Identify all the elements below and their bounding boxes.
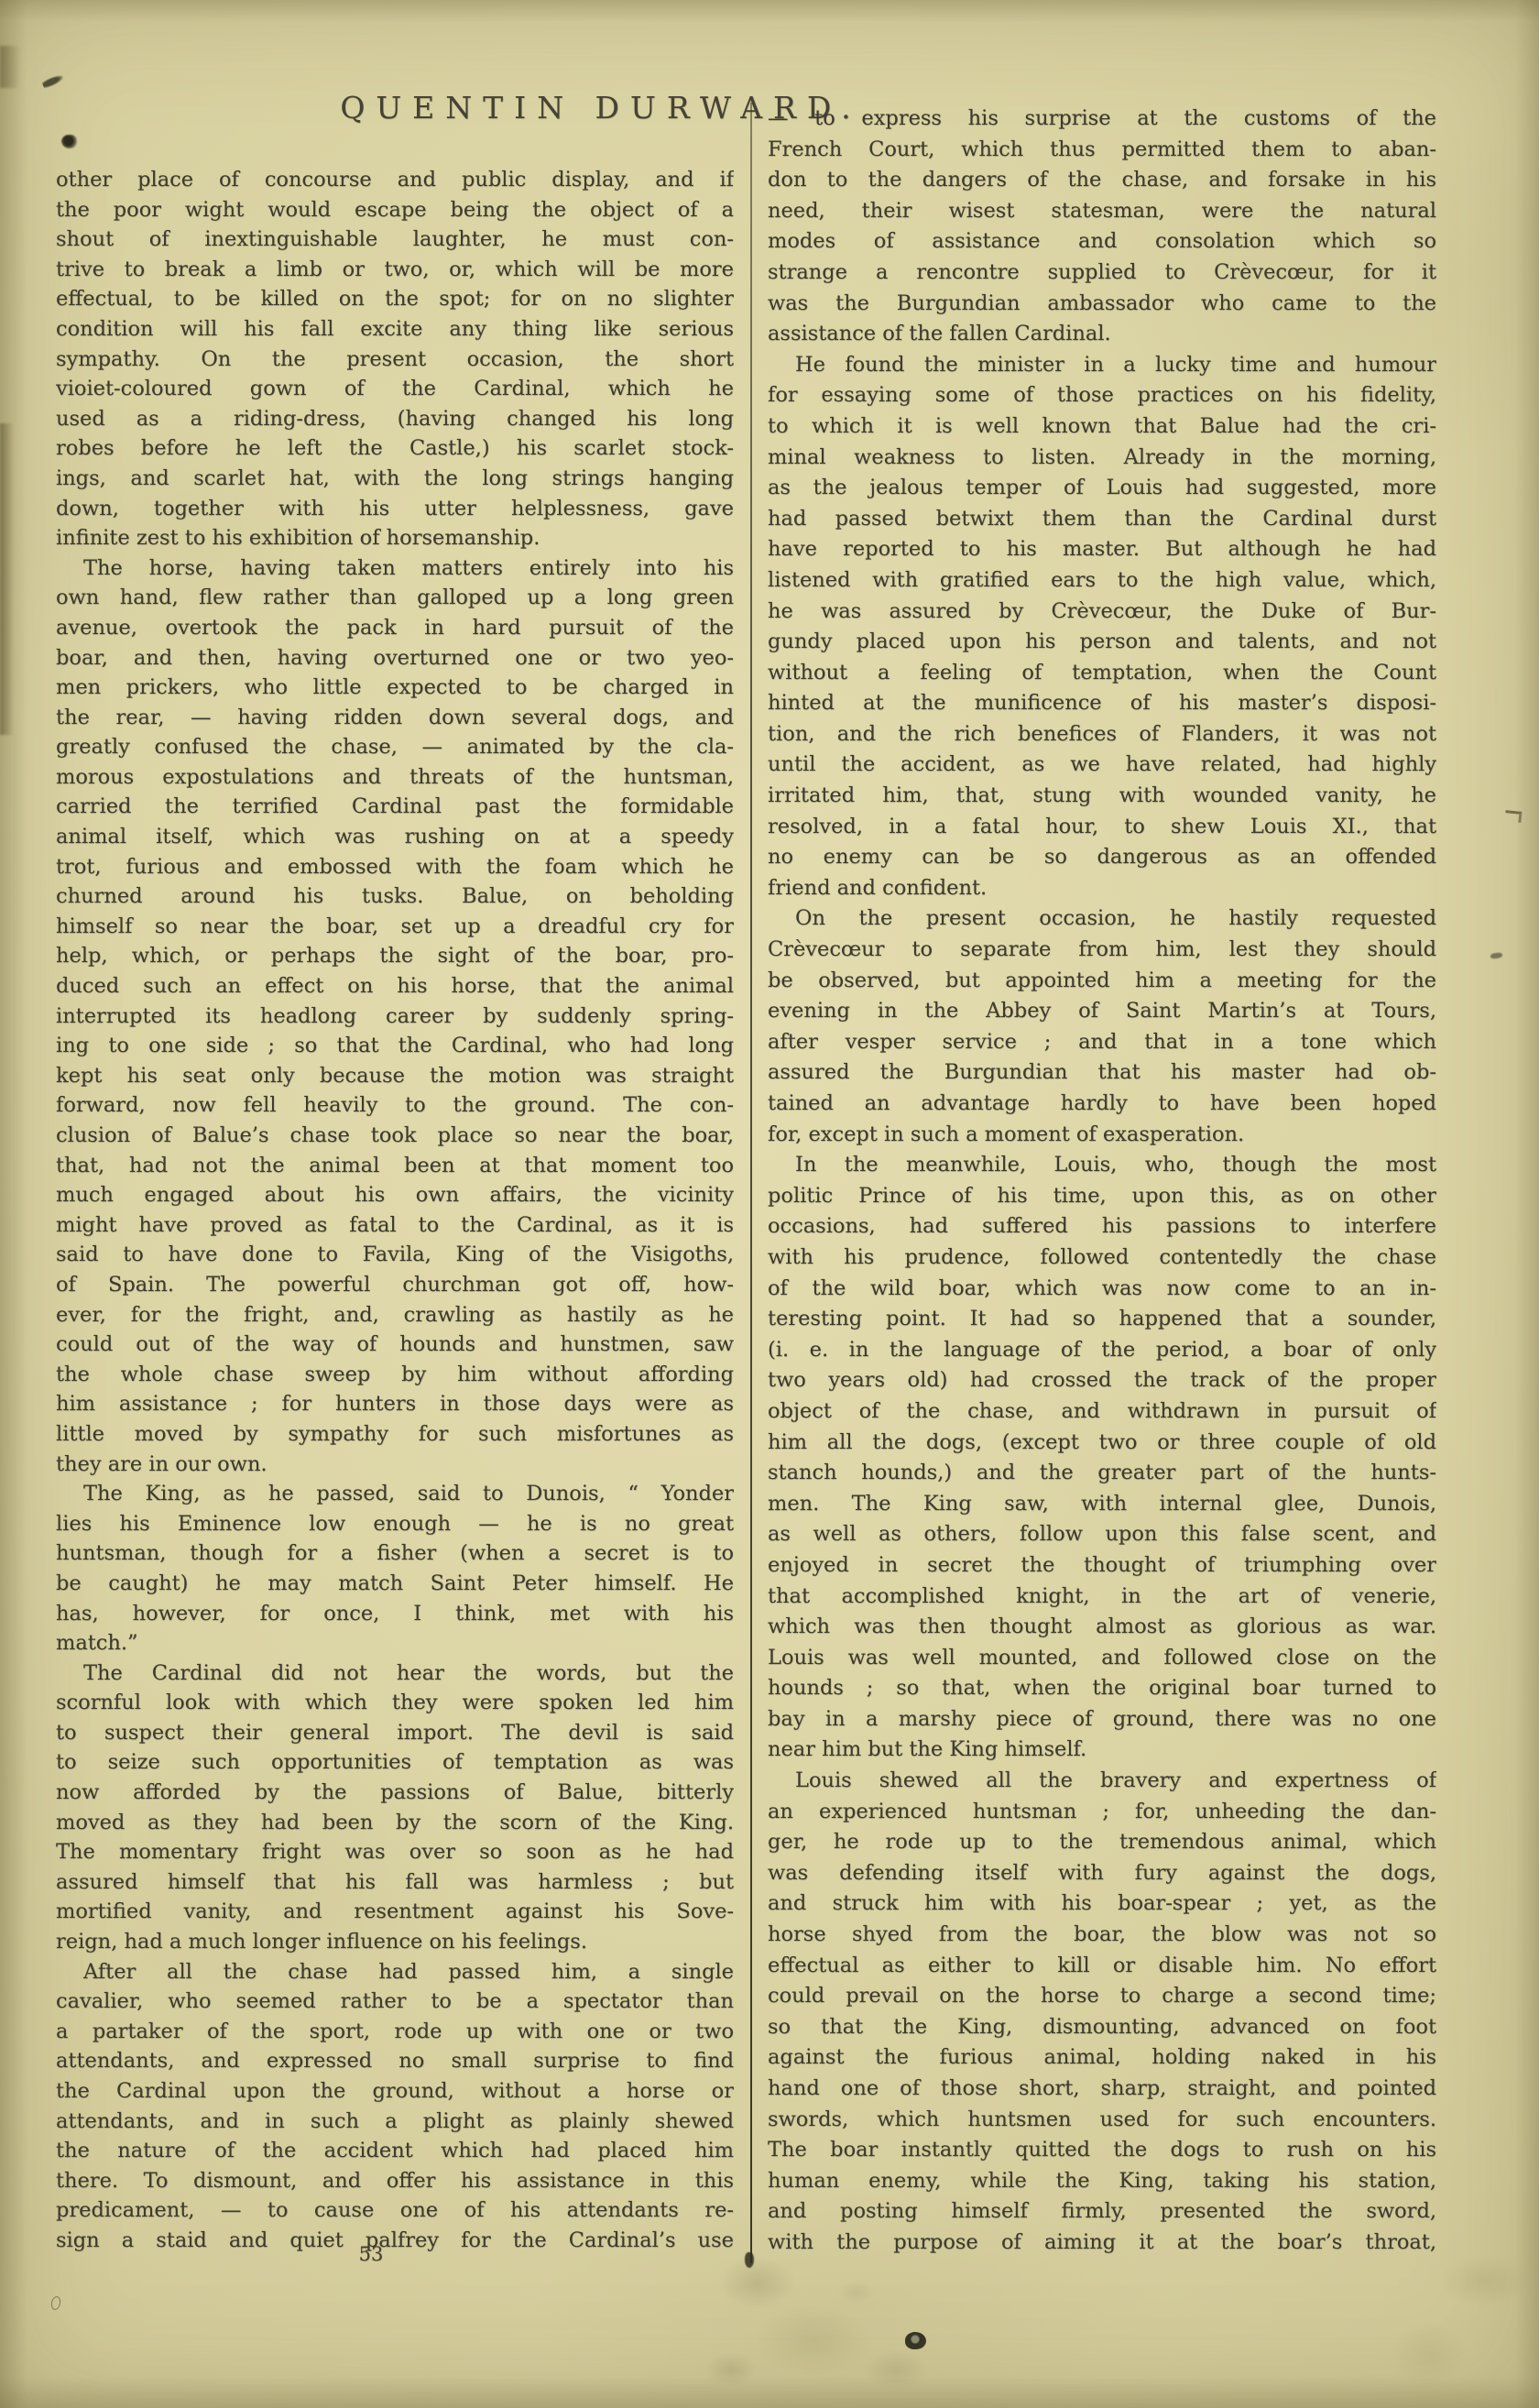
text-line: lies his Eminence low enough — he is no … xyxy=(56,1509,734,1539)
text-line: moved as they had been by the scorn of t… xyxy=(56,1808,734,1838)
text-line: vioiet-coloured gown of the Cardinal, wh… xyxy=(56,374,734,404)
tiny-mark-artifact xyxy=(50,2295,62,2311)
text-line: him all the dogs, (except two or three c… xyxy=(768,1428,1436,1459)
text-line: (i. e. in the language of the period, a … xyxy=(768,1335,1436,1366)
text-line: Louis was well mounted, and followed clo… xyxy=(768,1643,1436,1674)
text-line: near him but the King himself. xyxy=(768,1735,1436,1766)
column-divider-rule xyxy=(750,103,752,2263)
text-line: against the furious animal, holding nake… xyxy=(768,2042,1436,2074)
text-line: as the jealous temper of Louis had sugge… xyxy=(768,473,1436,504)
text-line: to which it is well known that Balue had… xyxy=(768,411,1436,443)
text-line: own hand, flew rather than galloped up a… xyxy=(56,583,734,613)
text-line: little moved by sympathy for such misfor… xyxy=(56,1419,734,1450)
text-line: French Court, which thus permitted them … xyxy=(768,135,1436,166)
text-line: ger, he rode up to the tremendous animal… xyxy=(768,1827,1436,1858)
text-line: Louis shewed all the bravery and expertn… xyxy=(768,1766,1436,1797)
text-line: much engaged about his own affairs, the … xyxy=(56,1180,734,1210)
text-line: assured himself that his fall was harmle… xyxy=(56,1867,734,1898)
text-line: horse shyed from the boar, the blow was … xyxy=(768,1920,1436,1951)
text-line: down, together with his utter helplessne… xyxy=(56,494,734,524)
text-line: have reported to his master. But althoug… xyxy=(768,534,1436,565)
text-line: mortified vanity, and resentment against… xyxy=(56,1897,734,1927)
left-edge-shadow xyxy=(0,423,14,735)
text-line: and struck him with his boar-spear ; yet… xyxy=(768,1888,1436,1920)
text-line: said to have done to Favila, King of the… xyxy=(56,1240,734,1270)
text-line: tion, and the rich benefices of Flanders… xyxy=(768,719,1436,750)
text-line: The boar instantly quitted the dogs to r… xyxy=(768,2135,1436,2166)
text-line: now afforded by the passions of Balue, b… xyxy=(56,1778,734,1808)
text-line: ing to one side ; so that the Cardinal, … xyxy=(56,1031,734,1061)
text-line: swords, which huntsmen used for such enc… xyxy=(768,2105,1436,2136)
text-line: condition will his fall excite any thing… xyxy=(56,314,734,345)
text-line: to suspect their general import. The dev… xyxy=(56,1718,734,1748)
corner-shadow xyxy=(0,46,20,88)
text-line: sympathy. On the present occasion, the s… xyxy=(56,345,734,375)
text-line: He found the minister in a lucky time an… xyxy=(768,350,1436,381)
text-line: ever, for the fright, and, crawling as h… xyxy=(56,1300,734,1330)
text-line: could prevail on the horse to charge a s… xyxy=(768,1981,1436,2012)
text-line: hounds ; so that, when the original boar… xyxy=(768,1673,1436,1704)
text-line: without a feeling of temptation, when th… xyxy=(768,658,1436,689)
text-line: irritated him, that, stung with wounded … xyxy=(768,781,1436,812)
text-line: human enemy, while the King, taking his … xyxy=(768,2166,1436,2197)
text-line: effectual, to be killed on the spot; for… xyxy=(56,284,734,314)
text-line: had passed betwixt them than the Cardina… xyxy=(768,504,1436,535)
text-line: The Cardinal did not hear the words, but… xyxy=(56,1658,734,1689)
text-line: has, however, for once, I think, met wit… xyxy=(56,1599,734,1629)
text-line: shout of inextinguishable laughter, he m… xyxy=(56,224,734,255)
text-line: match.” xyxy=(56,1628,734,1658)
text-line: stanch hounds,) and the greater part of … xyxy=(768,1458,1436,1489)
text-line: be observed, but appointed him a meeting… xyxy=(768,966,1436,997)
text-line: reign, had a much longer influence on hi… xyxy=(56,1927,734,1957)
text-line: was the Burgundian ambassador who came t… xyxy=(768,289,1436,320)
text-line: so that the King, dismounting, advanced … xyxy=(768,2012,1436,2043)
text-line: of Spain. The powerful churchman got off… xyxy=(56,1270,734,1300)
text-line: don to the dangers of the chase, and for… xyxy=(768,165,1436,196)
text-line: attendants, and in such a plight as plai… xyxy=(56,2107,734,2137)
text-line: teresting point. It had so happened that… xyxy=(768,1304,1436,1335)
text-line: occasions, had suffered his passions to … xyxy=(768,1211,1436,1242)
text-line: assured the Burgundian that his master h… xyxy=(768,1057,1436,1089)
text-line: cavalier, who seemed rather to be a spec… xyxy=(56,1987,734,2017)
text-line: the nature of the accident which had pla… xyxy=(56,2136,734,2166)
text-line: attendants, and expressed no small surpr… xyxy=(56,2046,734,2076)
text-line: a partaker of the sport, rode up with on… xyxy=(56,2017,734,2047)
text-line: used as a riding-dress, (having changed … xyxy=(56,404,734,434)
text-line: men. The King saw, with internal glee, D… xyxy=(768,1489,1436,1520)
text-line: interrupted its headlong career by sudde… xyxy=(56,1002,734,1032)
pen-mark-artifact xyxy=(41,73,65,90)
text-line: trive to break a limb or two, or, which … xyxy=(56,255,734,285)
text-line: friend and confident. xyxy=(768,873,1436,904)
text-line: there. To dismount, and offer his assist… xyxy=(56,2166,734,2196)
text-line: for essaying some of those practices on … xyxy=(768,380,1436,411)
text-line: he was assured by Crèvecœur, the Duke of… xyxy=(768,597,1436,628)
text-line: gundy placed upon his person and talents… xyxy=(768,627,1436,658)
text-line: and posting himself firmly, presented th… xyxy=(768,2196,1436,2227)
text-line: trot, furious and embossed with the foam… xyxy=(56,852,734,882)
text-line: hand one of those short, sharp, straight… xyxy=(768,2074,1436,2105)
text-line: that, had not the animal been at that mo… xyxy=(56,1151,734,1181)
text-line: need, their wisest statesman, were the n… xyxy=(768,196,1436,227)
text-line: tained an advantage hardly to have been … xyxy=(768,1089,1436,1120)
page-number: 53 xyxy=(293,2243,449,2265)
text-line: assistance of the fallen Cardinal. xyxy=(768,319,1436,350)
text-line: that accomplished knight, in the art of … xyxy=(768,1582,1436,1613)
text-line: animal itself, which was rushing on at a… xyxy=(56,822,734,852)
text-line: the rear, — having ridden down several d… xyxy=(56,703,734,733)
text-line: an experienced huntsman ; for, unheeding… xyxy=(768,1797,1436,1828)
text-line: could out of the way of hounds and hunst… xyxy=(56,1330,734,1360)
text-line: ings, and scarlet hat, with the long str… xyxy=(56,464,734,494)
text-line: to seize such opportunities of temptatio… xyxy=(56,1747,734,1778)
text-line: infinite zest to his exhibition of horse… xyxy=(56,523,734,553)
text-line: resolved, in a fatal hour, to shew Louis… xyxy=(768,812,1436,843)
text-line: as well as others, follow upon this fals… xyxy=(768,1519,1436,1550)
right-edge-mark-artifact xyxy=(1504,810,1522,823)
text-line: with the purpose of aiming it at the boa… xyxy=(768,2227,1436,2259)
text-line: for, except in such a moment of exaspera… xyxy=(768,1120,1436,1151)
text-line: clusion of Balue’s chase took place so n… xyxy=(56,1121,734,1151)
text-line: The horse, having taken matters entirely… xyxy=(56,553,734,584)
text-line: bay in a marshy piece of ground, there w… xyxy=(768,1704,1436,1735)
text-line: predicament, — to cause one of his atten… xyxy=(56,2195,734,2226)
text-line: was defending itself with fury against t… xyxy=(768,1858,1436,1889)
text-line: In the meanwhile, Louis, who, though the… xyxy=(768,1150,1436,1181)
text-line: On the present occasion, he hastily requ… xyxy=(768,903,1436,935)
text-line: carried the terrified Cardinal past the … xyxy=(56,792,734,822)
text-line: — to express his surprise at the customs… xyxy=(768,104,1436,135)
text-line: might have proved as fatal to the Cardin… xyxy=(56,1210,734,1241)
text-line: object of the chase, and withdrawn in pu… xyxy=(768,1396,1436,1428)
text-line: kept his seat only because the motion wa… xyxy=(56,1061,734,1091)
text-line: with his prudence, followed contentedly … xyxy=(768,1242,1436,1274)
text-line: no enemy can be so dangerous as an offen… xyxy=(768,842,1436,873)
right-edge-dash-artifact xyxy=(1490,952,1503,959)
text-line: huntsman, though for a fisher (when a se… xyxy=(56,1538,734,1569)
text-line: the poor wight would escape being the ob… xyxy=(56,195,734,225)
text-line: boar, and then, having overturned one or… xyxy=(56,643,734,673)
text-line: other place of concourse and public disp… xyxy=(56,165,734,195)
text-line: himself so near the boar, set up a dread… xyxy=(56,912,734,942)
text-line: avenue, overtook the pack in hard pursui… xyxy=(56,613,734,643)
text-line: The momentary fright was over so soon as… xyxy=(56,1837,734,1867)
text-line: minal weakness to listen. Already in the… xyxy=(768,443,1436,474)
text-line: evening in the Abbey of Saint Martin’s a… xyxy=(768,996,1436,1027)
text-line: scornful look with which they were spoke… xyxy=(56,1688,734,1718)
text-column-left: other place of concourse and public disp… xyxy=(56,165,734,2256)
text-line: after vesper service ; and that in a ton… xyxy=(768,1027,1436,1058)
text-line: which was then thought almost as gloriou… xyxy=(768,1612,1436,1643)
dark-spot-artifact xyxy=(905,2332,926,2349)
text-line: robes before he left the Castle,) his sc… xyxy=(56,433,734,464)
text-line: the Cardinal upon the ground, without a … xyxy=(56,2076,734,2107)
text-line: The King, as he passed, said to Dunois, … xyxy=(56,1479,734,1509)
text-line: of the wild boar, which was now come to … xyxy=(768,1274,1436,1305)
text-line: him assistance ; for hunters in those da… xyxy=(56,1389,734,1419)
text-line: help, which, or perhaps the sight of the… xyxy=(56,941,734,971)
ink-blot-artifact xyxy=(61,135,77,148)
text-line: modes of assistance and consolation whic… xyxy=(768,226,1436,257)
text-line: greatly confused the chase, — animated b… xyxy=(56,732,734,762)
text-line: churned around his tusks. Balue, on beho… xyxy=(56,881,734,912)
text-line: duced such an effect on his horse, that … xyxy=(56,971,734,1002)
text-line: morous expostulations and threats of the… xyxy=(56,762,734,793)
text-line: effectual as either to kill or disable h… xyxy=(768,1951,1436,1982)
text-line: two years old) had crossed the track of … xyxy=(768,1365,1436,1396)
text-line: After all the chase had passed him, a si… xyxy=(56,1957,734,1987)
text-line: the whole chase sweep by him without aff… xyxy=(56,1360,734,1390)
text-line: they are in our own. xyxy=(56,1450,734,1480)
text-line: strange a rencontre supplied to Crèvecœu… xyxy=(768,257,1436,289)
text-line: men prickers, who little expected to be … xyxy=(56,673,734,703)
scanned-book-page: { "page": { "header_title": "QUENTIN DUR… xyxy=(0,0,1539,2408)
text-line: forward, now fell heavily to the ground.… xyxy=(56,1090,734,1121)
text-line: until the accident, as we have related, … xyxy=(768,750,1436,781)
divider-ink-blob xyxy=(745,2252,754,2268)
text-line: enjoyed in secret the thought of triumph… xyxy=(768,1550,1436,1582)
text-line: Crèvecœur to separate from him, lest the… xyxy=(768,935,1436,966)
text-line: be caught) he may match Saint Peter hims… xyxy=(56,1569,734,1599)
text-line: listened with gratified ears to the high… xyxy=(768,565,1436,597)
text-line: hinted at the munificence of his master’… xyxy=(768,688,1436,719)
text-column-right: — to express his surprise at the customs… xyxy=(768,104,1436,2259)
text-line: politic Prince of his time, upon this, a… xyxy=(768,1181,1436,1212)
